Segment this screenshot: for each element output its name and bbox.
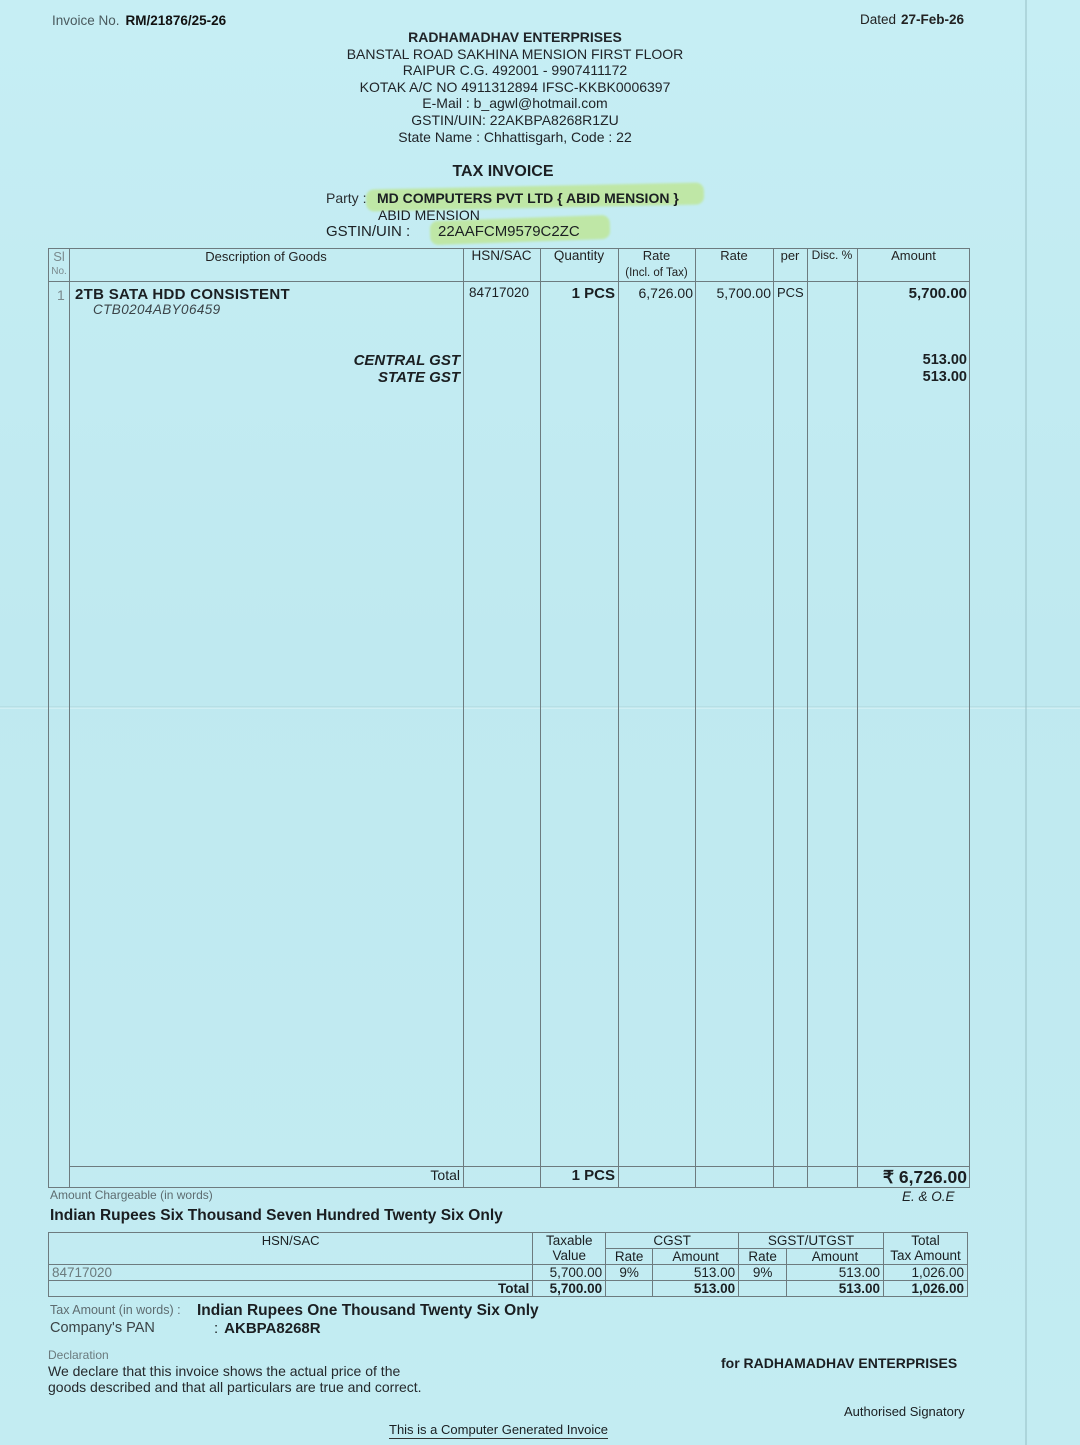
tax-total-cgst-amount: 513.00 [653, 1281, 739, 1297]
items-total-quantity: 1 PCS [540, 1167, 615, 1184]
tax-total-sgst-rate [739, 1281, 787, 1297]
col-divider [463, 248, 464, 1188]
tax-col-taxable: Taxable Value [533, 1233, 606, 1265]
col-divider [773, 248, 774, 1188]
tax-state-gst-amount: 513.00 [857, 369, 967, 385]
col-disc: Disc. % [807, 248, 857, 262]
seller-email: E-Mail : b_agwl@hotmail.com [300, 95, 730, 112]
tax-row-total: 1,026.00 [884, 1265, 968, 1281]
seller-address-1: BANSTAL ROAD SAKHINA MENSION FIRST FLOOR [300, 46, 730, 63]
col-quantity: Quantity [540, 248, 618, 263]
pan-value: AKBPA8268R [224, 1320, 320, 1337]
col-rate-incl: Rate (Incl. of Tax) [618, 248, 695, 281]
tax-col-sgst-rate: Rate [739, 1249, 787, 1265]
invoice-date: Dated27-Feb-26 [860, 12, 964, 27]
col-hsn: HSN/SAC [463, 248, 540, 263]
items-total-amount: ₹ 6,726.00 [857, 1167, 967, 1188]
tax-total-sgst-amount: 513.00 [787, 1281, 884, 1297]
col-sl-sub: No. [50, 264, 68, 279]
tax-col-total: Total Tax Amount [884, 1233, 968, 1265]
tax-col-taxable-label: Taxable [536, 1234, 602, 1249]
invoice-date-value: 27-Feb-26 [901, 12, 964, 27]
declaration-text: We declare that this invoice shows the a… [48, 1364, 422, 1395]
party-gstin: 22AAFCM9579C2ZC [438, 223, 580, 240]
tax-summary-row: 84717020 5,700.00 9% 513.00 9% 513.00 1,… [49, 1265, 968, 1281]
tax-col-total-label: Total [887, 1234, 964, 1249]
col-divider [807, 248, 808, 1188]
seller-bank: KOTAK A/C NO 4911312894 IFSC-KKBK0006397 [300, 79, 730, 96]
declaration-line-2: goods described and that all particulars… [48, 1380, 422, 1396]
paper-crease [1025, 0, 1027, 1445]
invoice-page: Invoice No.RM/21876/25-26 Dated27-Feb-26… [0, 0, 1080, 1445]
for-company: for RADHAMADHAV ENTERPRISES [721, 1355, 957, 1371]
invoice-number: Invoice No.RM/21876/25-26 [52, 13, 226, 28]
item-rate-incl: 6,726.00 [618, 285, 693, 301]
tax-col-hsn: HSN/SAC [49, 1233, 533, 1265]
item-amount: 5,700.00 [857, 285, 967, 302]
tax-col-taxable-sub: Value [536, 1249, 602, 1264]
authorised-signatory: Authorised Signatory [844, 1404, 965, 1419]
tax-row-sgst-amount: 513.00 [787, 1265, 884, 1281]
seller-address-2: RAIPUR C.G. 492001 - 9907411172 [300, 62, 730, 79]
col-sl: Sl No. [50, 249, 68, 279]
seller-block: RADHAMADHAV ENTERPRISES BANSTAL ROAD SAK… [300, 29, 730, 145]
tax-total-label: Total [49, 1281, 533, 1297]
col-rate-incl-sub: (Incl. of Tax) [625, 267, 687, 279]
item-hsn: 84717020 [469, 285, 529, 300]
tax-central-gst-amount: 513.00 [857, 352, 967, 368]
declaration-line-1: We declare that this invoice shows the a… [48, 1364, 422, 1380]
amount-words: Indian Rupees Six Thousand Seven Hundred… [50, 1207, 503, 1225]
pan: :AKBPA8268R [214, 1320, 321, 1337]
col-divider [540, 248, 541, 1188]
tax-total-cgst-rate [606, 1281, 653, 1297]
tax-words: Indian Rupees One Thousand Twenty Six On… [197, 1302, 539, 1320]
tax-row-sgst-rate: 9% [739, 1265, 787, 1281]
tax-total-taxable: 5,700.00 [533, 1281, 606, 1297]
col-divider [69, 248, 70, 1188]
seller-name: RADHAMADHAV ENTERPRISES [300, 29, 730, 46]
party-gstin-label: GSTIN/UIN : [326, 223, 410, 240]
item-serial: CTB0204ABY06459 [93, 302, 221, 317]
tax-words-label: Tax Amount (in words) : [50, 1303, 181, 1317]
col-per: per [773, 248, 807, 263]
tax-total-amount: 1,026.00 [884, 1281, 968, 1297]
invoice-number-value: RM/21876/25-26 [126, 13, 227, 28]
items-table [48, 248, 970, 1188]
tax-summary-table: HSN/SAC Taxable Value CGST SGST/UTGST To… [48, 1232, 968, 1297]
tax-col-sgst-amount: Amount [787, 1249, 884, 1265]
tax-col-total-sub: Tax Amount [887, 1249, 964, 1264]
col-amount: Amount [857, 248, 970, 263]
items-total-label: Total [300, 1167, 460, 1183]
tax-col-cgst: CGST [606, 1233, 739, 1249]
col-sl-label: Sl [50, 249, 68, 264]
tax-summary-total-row: Total 5,700.00 513.00 513.00 1,026.00 [49, 1281, 968, 1297]
item-quantity: 1 PCS [540, 285, 615, 302]
item-description: 2TB SATA HDD CONSISTENT [75, 286, 290, 303]
tax-row-hsn: 84717020 [49, 1265, 533, 1281]
tax-central-gst-label: CENTRAL GST [260, 352, 460, 369]
tax-row-taxable: 5,700.00 [533, 1265, 606, 1281]
invoice-date-label: Dated [860, 12, 896, 27]
document-title: TAX INVOICE [300, 163, 706, 181]
item-rate: 5,700.00 [695, 285, 771, 301]
computer-generated-note: This is a Computer Generated Invoice [389, 1422, 608, 1439]
seller-gstin: GSTIN/UIN: 22AKBPA8268R1ZU [300, 112, 730, 129]
party-address: ABID MENSION [378, 207, 480, 223]
tax-state-gst-label: STATE GST [260, 369, 460, 386]
total-divider [69, 1166, 970, 1167]
tax-col-cgst-rate: Rate [606, 1249, 653, 1265]
tax-row-cgst-rate: 9% [606, 1265, 653, 1281]
party-name: MD COMPUTERS PVT LTD { ABID MENSION } [377, 190, 679, 206]
tax-row-cgst-amount: 513.00 [653, 1265, 739, 1281]
declaration-label: Declaration [48, 1348, 109, 1362]
item-per: PCS [777, 285, 804, 300]
col-rate: Rate [695, 248, 773, 263]
party-label: Party : [326, 190, 366, 206]
pan-separator: : [214, 1320, 218, 1337]
pan-label: Company's PAN [50, 1320, 155, 1336]
header-divider [48, 281, 970, 282]
eoe-note: E. & O.E [902, 1189, 955, 1204]
item-sl: 1 [57, 287, 65, 303]
invoice-number-label: Invoice No. [52, 13, 120, 28]
col-divider [695, 248, 696, 1188]
tax-col-sgst: SGST/UTGST [739, 1233, 884, 1249]
tax-col-cgst-amount: Amount [653, 1249, 739, 1265]
col-divider [857, 248, 858, 1188]
seller-state: State Name : Chhattisgarh, Code : 22 [300, 129, 730, 146]
amount-words-label: Amount Chargeable (in words) [50, 1188, 213, 1202]
col-divider [618, 248, 619, 1188]
col-description: Description of Goods [69, 249, 463, 264]
col-rate-incl-label: Rate [618, 248, 695, 264]
